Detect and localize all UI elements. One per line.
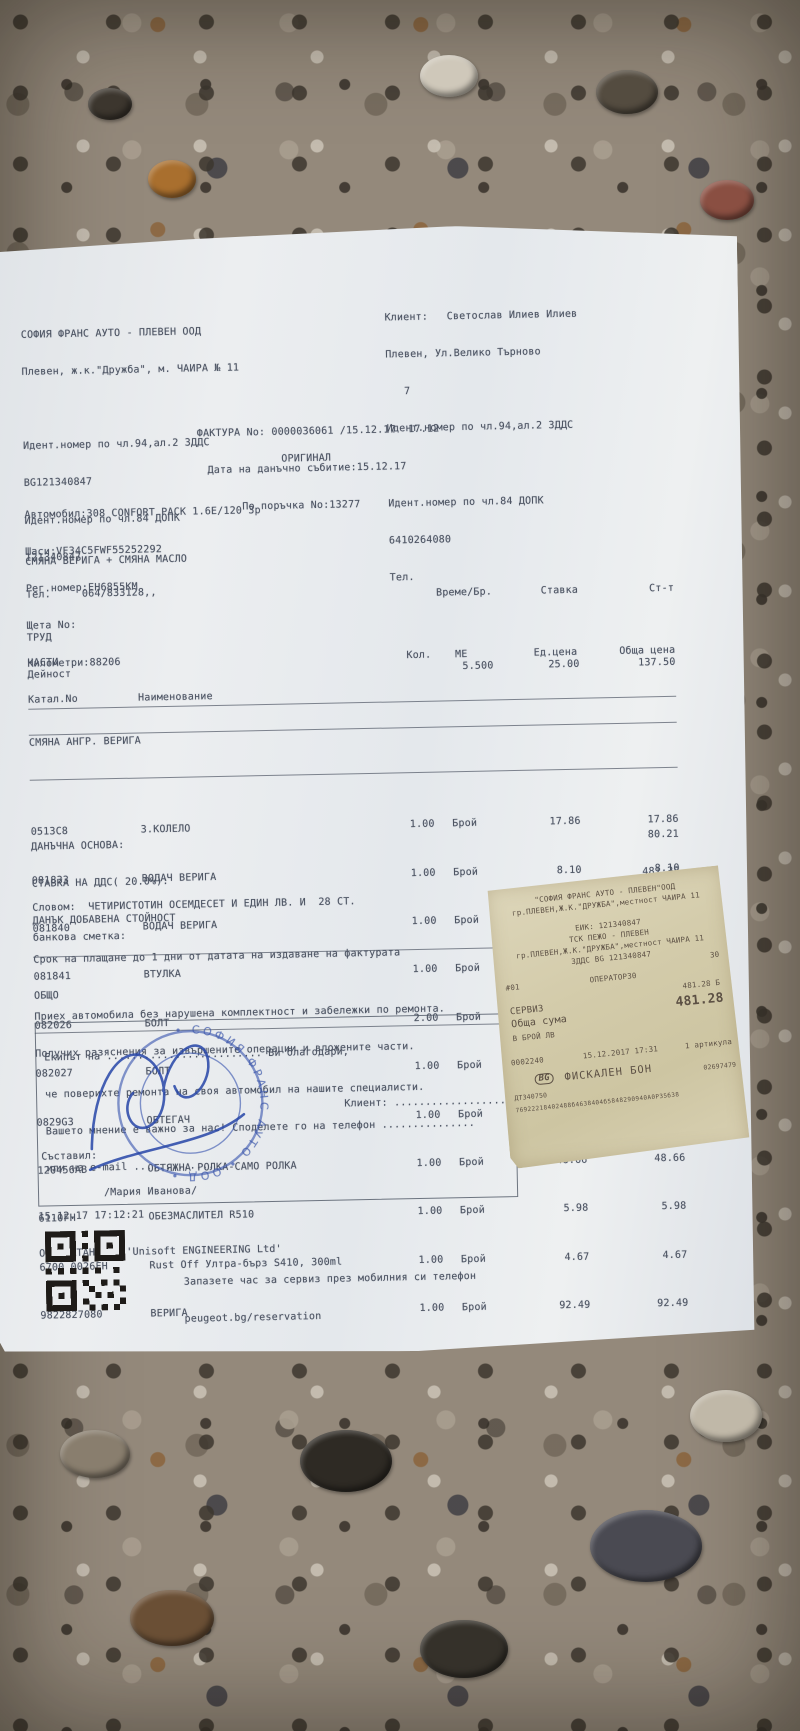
photo-scene: СОФИЯ ФРАНС АУТО - ПЛЕВЕН ООД Плевен, ж.… — [0, 0, 800, 1731]
qr-code-icon — [45, 1230, 127, 1312]
bg-logo-text: BG — [534, 1072, 554, 1085]
parts-subheader-row: Катал.No Наименование — [28, 682, 676, 707]
vehicle-model: Автомобил:308 CONFORT PACK 1.6E/120 3p — [24, 505, 261, 522]
tax-base-label: ДАНЪЧНА ОСНОВА: — [31, 840, 125, 854]
parts-header-row: ЧАСТИ Кол. МЕ Ед.цена Обща цена — [27, 645, 675, 670]
footer-note-line2: peugeot.bg/reservation — [184, 1308, 477, 1326]
stamp-ring-text: • СОФИЯ ФРАНС АУТО • ООД • — [136, 1008, 286, 1190]
client-name: Клиент: Светослав Илиев Илиев — [384, 308, 577, 324]
parts-col-total: Обща цена — [577, 645, 675, 659]
parts-col-name: Наименование — [138, 682, 676, 705]
labor-col-amount: Ст-т — [578, 583, 674, 597]
pebble — [420, 55, 478, 97]
receipt-total-value: 481.28 — [675, 994, 724, 1008]
receipt-articles: 1 артикула — [685, 1037, 733, 1051]
receipt-num30: 30 — [710, 950, 720, 960]
footer-note-block: Запазете час за сервиз през мобилния си … — [183, 1246, 477, 1351]
pebble — [596, 70, 658, 114]
svg-text:• СОФИЯ ФРАНС АУТО • ООД •: • СОФИЯ ФРАНС АУТО • ООД • — [136, 1008, 286, 1190]
parts-col-qty: Кол. — [375, 649, 431, 663]
pebble — [130, 1590, 214, 1646]
supplier-address: Плевен, ж.к."Дружба", м. ЧАИРА № 11 — [21, 363, 239, 380]
part-qty: 1.00 — [386, 1206, 442, 1218]
receipt-serial-right: 02697479 — [703, 1061, 737, 1073]
bank-account-line: банкова сметка: — [33, 931, 127, 945]
supplier-name: СОФИЯ ФРАНС АУТО - ПЛЕВЕН ООД — [21, 325, 239, 342]
part-unit-price: 4.67 — [503, 1251, 589, 1264]
receipt-serial-left: ДТ340750 — [514, 1091, 548, 1103]
client-address: Плевен, Ул.Велико Търново — [385, 346, 578, 362]
pebble — [690, 1390, 762, 1442]
part-total-price: 92.49 — [590, 1298, 688, 1311]
pebble — [590, 1510, 702, 1582]
labor-col-rate: Ставка — [492, 585, 578, 599]
pebble — [88, 88, 132, 120]
parts-subtotal: 401.07 — [42, 1401, 690, 1426]
labor-col-time: Време/Бр. — [380, 586, 492, 601]
part-unit-of-measure: Брой — [442, 1205, 502, 1217]
receipt-total-label: Обща сума — [511, 1015, 568, 1029]
tax-base-value: 80.21 — [648, 829, 679, 842]
stamp-circles — [105, 1018, 276, 1189]
parts-col-cat: Катал.No — [28, 693, 138, 708]
part-unit-price: 5.98 — [502, 1203, 588, 1216]
pebble — [148, 160, 196, 198]
divider — [29, 722, 677, 736]
invoice-number-line: ФАКТУРА No: 0000036061 /15.12.17 17.12 — [197, 423, 440, 440]
parts-col-me: МЕ — [431, 648, 491, 662]
receipt-cash-label: В БРОЙ ЛВ — [512, 1030, 555, 1043]
receipt-fiscal-label: ФИСКАЛЕН БОН — [564, 1065, 652, 1083]
divider — [360, 1374, 690, 1382]
part-total-price: 5.98 — [588, 1201, 686, 1214]
parts-col-unit: Ед.цена — [491, 647, 577, 661]
part-unit-price: 92.49 — [504, 1300, 590, 1313]
signature-icon — [68, 1034, 248, 1169]
vat-rate-label: СТАВКА НА ДДС( 20.0%): — [32, 876, 169, 891]
pebble — [60, 1430, 130, 1478]
receipt-service-value: 481.28 Б — [682, 978, 720, 991]
client-address2: 7 — [386, 383, 579, 399]
tax-base-row: ДАНЪЧНА ОСНОВА: 80.21 — [31, 829, 679, 854]
bg-fiscal-logo-icon: BG — [534, 1072, 554, 1085]
pebble — [420, 1620, 508, 1678]
labor-header-row: Време/Бр. Ставка Ст-т — [26, 583, 674, 608]
invoice-paper: СОФИЯ ФРАНС АУТО - ПЛЕВЕН ООД Плевен, ж.… — [0, 220, 759, 1359]
pebble — [300, 1430, 392, 1492]
original-label: ОРИГИНАЛ — [281, 453, 331, 466]
fiscal-receipt: "СОФИЯ ФРАНС АУТО - ПЛЕВЕН"ООД гр.ПЛЕВЕН… — [484, 865, 750, 1169]
part-total-price: 4.67 — [589, 1249, 687, 1262]
parts-section: ЧАСТИ — [27, 657, 58, 670]
footer-note-line1: Запазете час за сервиз през мобилния си … — [184, 1271, 477, 1289]
pebble — [700, 180, 754, 220]
